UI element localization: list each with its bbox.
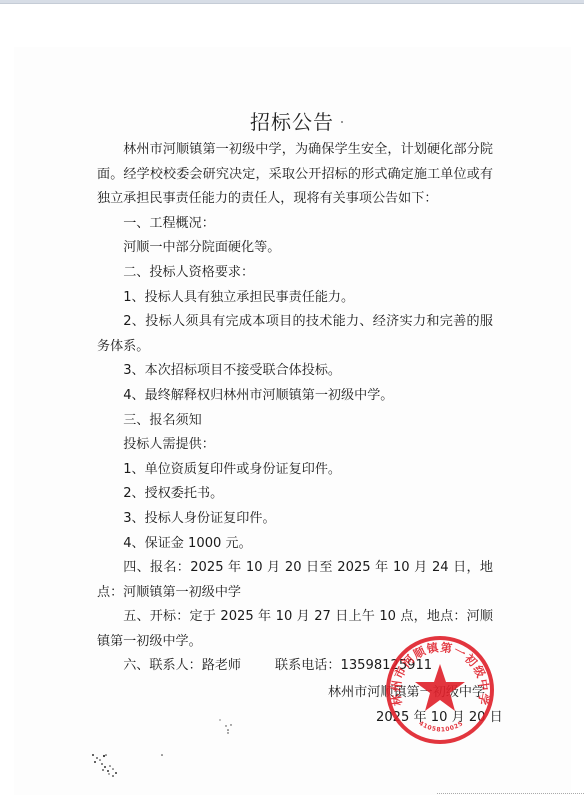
document-title: 招标公告 bbox=[0, 106, 584, 135]
section-1-heading: 一、工程概况： bbox=[97, 212, 493, 237]
section-3-item: 2、授权委托书。 bbox=[97, 482, 493, 507]
section-3-intro: 投标人需提供： bbox=[97, 433, 493, 458]
section-2-item: 3、本次招标项目不接受联合体投标。 bbox=[97, 359, 493, 384]
section-3-heading: 三、报名须知 bbox=[97, 409, 493, 434]
section-2-item: 1、投标人具有独立承担民事责任能力。 bbox=[97, 286, 493, 311]
section-2-heading: 二、投标人资格要求： bbox=[97, 261, 493, 286]
section-4-registration: 四、报名：2025 年 10 月 20 日至 2025 年 10 月 24 日，… bbox=[97, 556, 493, 605]
contact-person: 六、联系人：路老师 bbox=[123, 658, 241, 673]
document-body: 林州市河顺镇第一初级中学，为确保学生安全，计划硬化部分院面。经学校校委会研究决定… bbox=[97, 138, 493, 679]
page-bottom-dotted-edge bbox=[437, 793, 584, 794]
window-top-strip bbox=[0, 0, 584, 4]
stray-mark bbox=[341, 121, 343, 123]
section-3-item: 1、单位资质复印件或身份证复印件。 bbox=[97, 458, 493, 483]
scan-specks bbox=[0, 700, 300, 795]
svg-text:4105810025: 4105810025 bbox=[417, 720, 464, 734]
official-seal-icon: 林州市河顺镇第一初级中学 4105810025 bbox=[384, 634, 496, 746]
section-2-item: 2、投标人须具有完成本项目的技术能力、经济实力和完善的服务体系。 bbox=[97, 310, 493, 359]
intro-paragraph: 林州市河顺镇第一初级中学，为确保学生安全，计划硬化部分院面。经学校校委会研究决定… bbox=[97, 138, 493, 212]
section-3-item: 4、保证金 1000 元。 bbox=[97, 532, 493, 557]
section-2-item: 4、最终解释权归林州市河顺镇第一初级中学。 bbox=[97, 384, 493, 409]
section-3-item: 3、投标人身份证复印件。 bbox=[97, 507, 493, 532]
section-1-text: 河顺一中部分院面硬化等。 bbox=[97, 236, 493, 261]
